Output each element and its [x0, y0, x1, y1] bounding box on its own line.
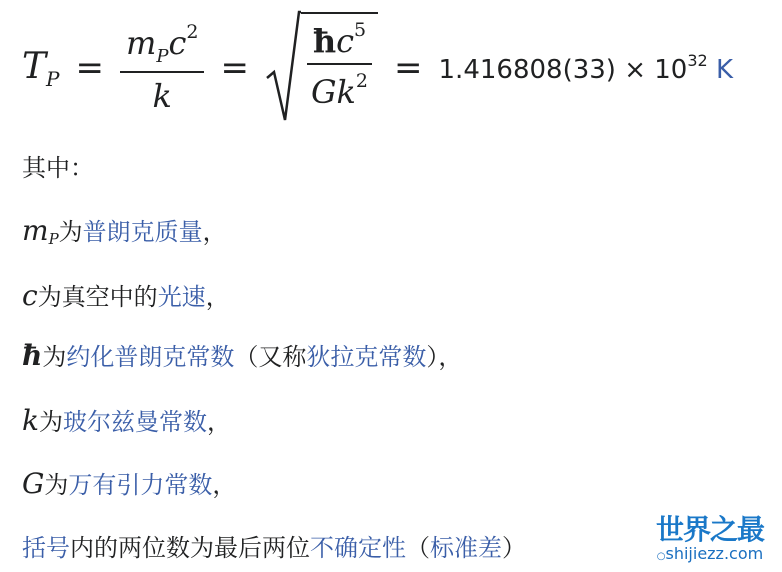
symbol-mp: mP [22, 214, 59, 247]
kelvin-link[interactable]: K [716, 55, 733, 85]
definition-planck-mass: mP为普朗克质量， [22, 215, 227, 255]
equals-sign: = [75, 48, 104, 88]
watermark-url: ○shijiezz.com [646, 545, 774, 566]
definition-speed-of-light: c为真空中的光速， [22, 280, 230, 313]
symbol-g: G [22, 467, 44, 500]
equals-sign-2: = [220, 48, 249, 88]
definition-reduced-planck: ħ为约化普朗克常数（又称狄拉克常数）， [22, 340, 462, 373]
definition-gravitational: G为万有引力常数， [22, 468, 236, 501]
link-uncertainty[interactable]: 不确定性 [310, 534, 406, 562]
uncertainty-note: 括号内的两位数为最后两位不确定性（标准差） [22, 532, 526, 564]
symbol-hbar: ħ [22, 339, 42, 372]
link-planck-mass[interactable]: 普朗克质量 [83, 218, 203, 246]
link-dirac-constant[interactable]: 狄拉克常数 [306, 343, 426, 371]
fraction-mass-over-k: mPc2 k [120, 22, 204, 114]
watermark-title: 世界之最 [646, 515, 774, 545]
definition-boltzmann: k为玻尔兹曼常数， [22, 405, 231, 438]
symbol-c: c [22, 279, 38, 312]
link-reduced-planck-constant[interactable]: 约化普朗克常数 [66, 343, 234, 371]
link-speed-of-light[interactable]: 光速 [158, 283, 206, 311]
lhs-symbol: TP [22, 46, 59, 91]
equals-sign-3: = [394, 48, 423, 88]
intro-text: 其中： [22, 152, 94, 184]
link-parentheses[interactable]: 括号 [22, 534, 70, 562]
planck-temperature-formula: TP = mPc2 k = ħc5 Gk2 = 1.416808(33) × 1… [22, 8, 733, 128]
planck-temperature-value: 1.416808(33) × 1032 K [439, 51, 734, 85]
link-boltzmann-constant[interactable]: 玻尔兹曼常数 [63, 408, 207, 436]
square-root: ħc5 Gk2 [265, 8, 378, 128]
symbol-k: k [22, 404, 39, 437]
site-watermark: 世界之最 ○shijiezz.com [646, 515, 774, 566]
radical-sign-icon [265, 8, 301, 128]
link-standard-deviation[interactable]: 标准差 [430, 534, 502, 562]
link-gravitational-constant[interactable]: 万有引力常数 [68, 471, 212, 499]
